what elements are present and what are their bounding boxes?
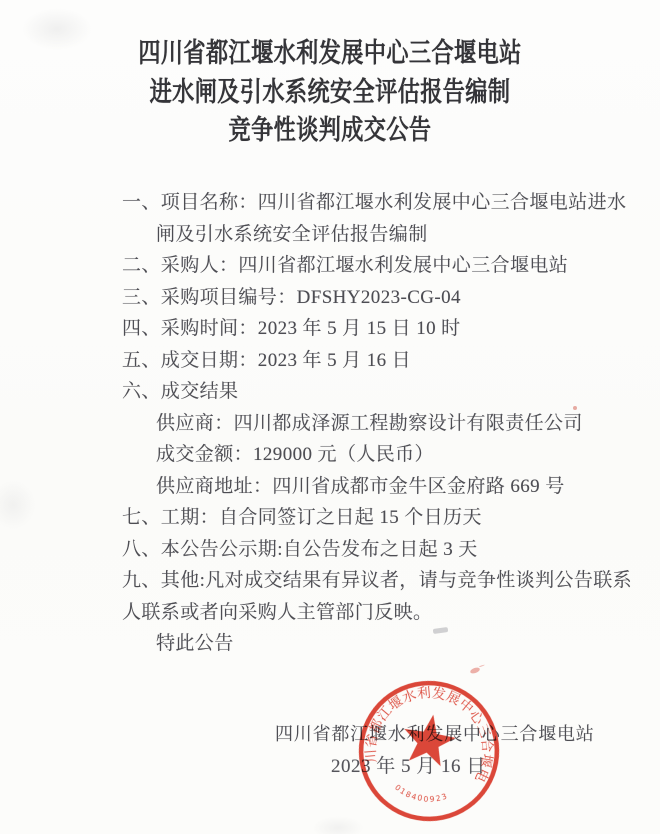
announcement-title: 四川省都江堰水利发展中心三合堰电站 进水闸及引水系统安全评估报告编制 竞争性谈判… <box>0 34 660 150</box>
title-line-1: 四川省都江堰水利发展中心三合堰电站 <box>59 34 600 73</box>
item-duration: 七、工期：自合同签订之日起 15 个日历天 <box>122 502 632 534</box>
item-publicity-period: 八、本公告公示期:自公告发布之日起 3 天 <box>122 534 632 566</box>
item-award-amount: 成交金额：129000 元（人民币） <box>122 439 632 471</box>
ink-speck <box>469 666 480 674</box>
item-project-number: 三、采购项目编号：DFSHY2023-CG-04 <box>122 282 632 314</box>
title-line-3: 竞争性谈判成交公告 <box>59 111 600 150</box>
seal-graphic: 四川省都江堰水利发展中心三合堰电站 5101840092301 <box>341 663 517 834</box>
item-award-date: 五、成交日期：2023 年 5 月 16 日 <box>122 345 632 377</box>
item-project-name-wrap: 闸及引水系统安全评估报告编制 <box>122 219 632 251</box>
item-other-wrap: 人联系或者向采购人主管部门反映。 <box>122 597 632 629</box>
seal-star-icon <box>399 710 459 768</box>
item-supplier-address: 供应商地址：四川省成都市金牛区金府路 669 号 <box>122 471 632 503</box>
scan-smudge <box>312 816 364 834</box>
scan-smudge <box>0 480 36 530</box>
item-project-name: 一、项目名称：四川省都江堰水利发展中心三合堰电站进水 <box>122 187 632 219</box>
item-supplier: 供应商：四川都成泽源工程勘察设计有限责任公司 <box>122 408 632 440</box>
item-other: 九、其他:凡对成交结果有异议者，请与竞争性谈判公告联系 <box>122 565 632 597</box>
item-purchase-time: 四、采购时间：2023 年 5 月 15 日 10 时 <box>122 313 632 345</box>
title-line-2: 进水闸及引水系统安全评估报告编制 <box>59 73 600 112</box>
item-purchaser: 二、采购人：四川省都江堰水利发展中心三合堰电站 <box>122 250 632 282</box>
scanned-announcement-page: 四川省都江堰水利发展中心三合堰电站 进水闸及引水系统安全评估报告编制 竞争性谈判… <box>0 0 660 834</box>
item-award-result: 六、成交结果 <box>122 376 632 408</box>
announcement-body: 一、项目名称：四川省都江堰水利发展中心三合堰电站进水 闸及引水系统安全评估报告编… <box>122 187 632 660</box>
closing-phrase: 特此公告 <box>122 628 632 660</box>
official-seal: 四川省都江堰水利发展中心三合堰电站 5101840092301 <box>341 663 517 834</box>
